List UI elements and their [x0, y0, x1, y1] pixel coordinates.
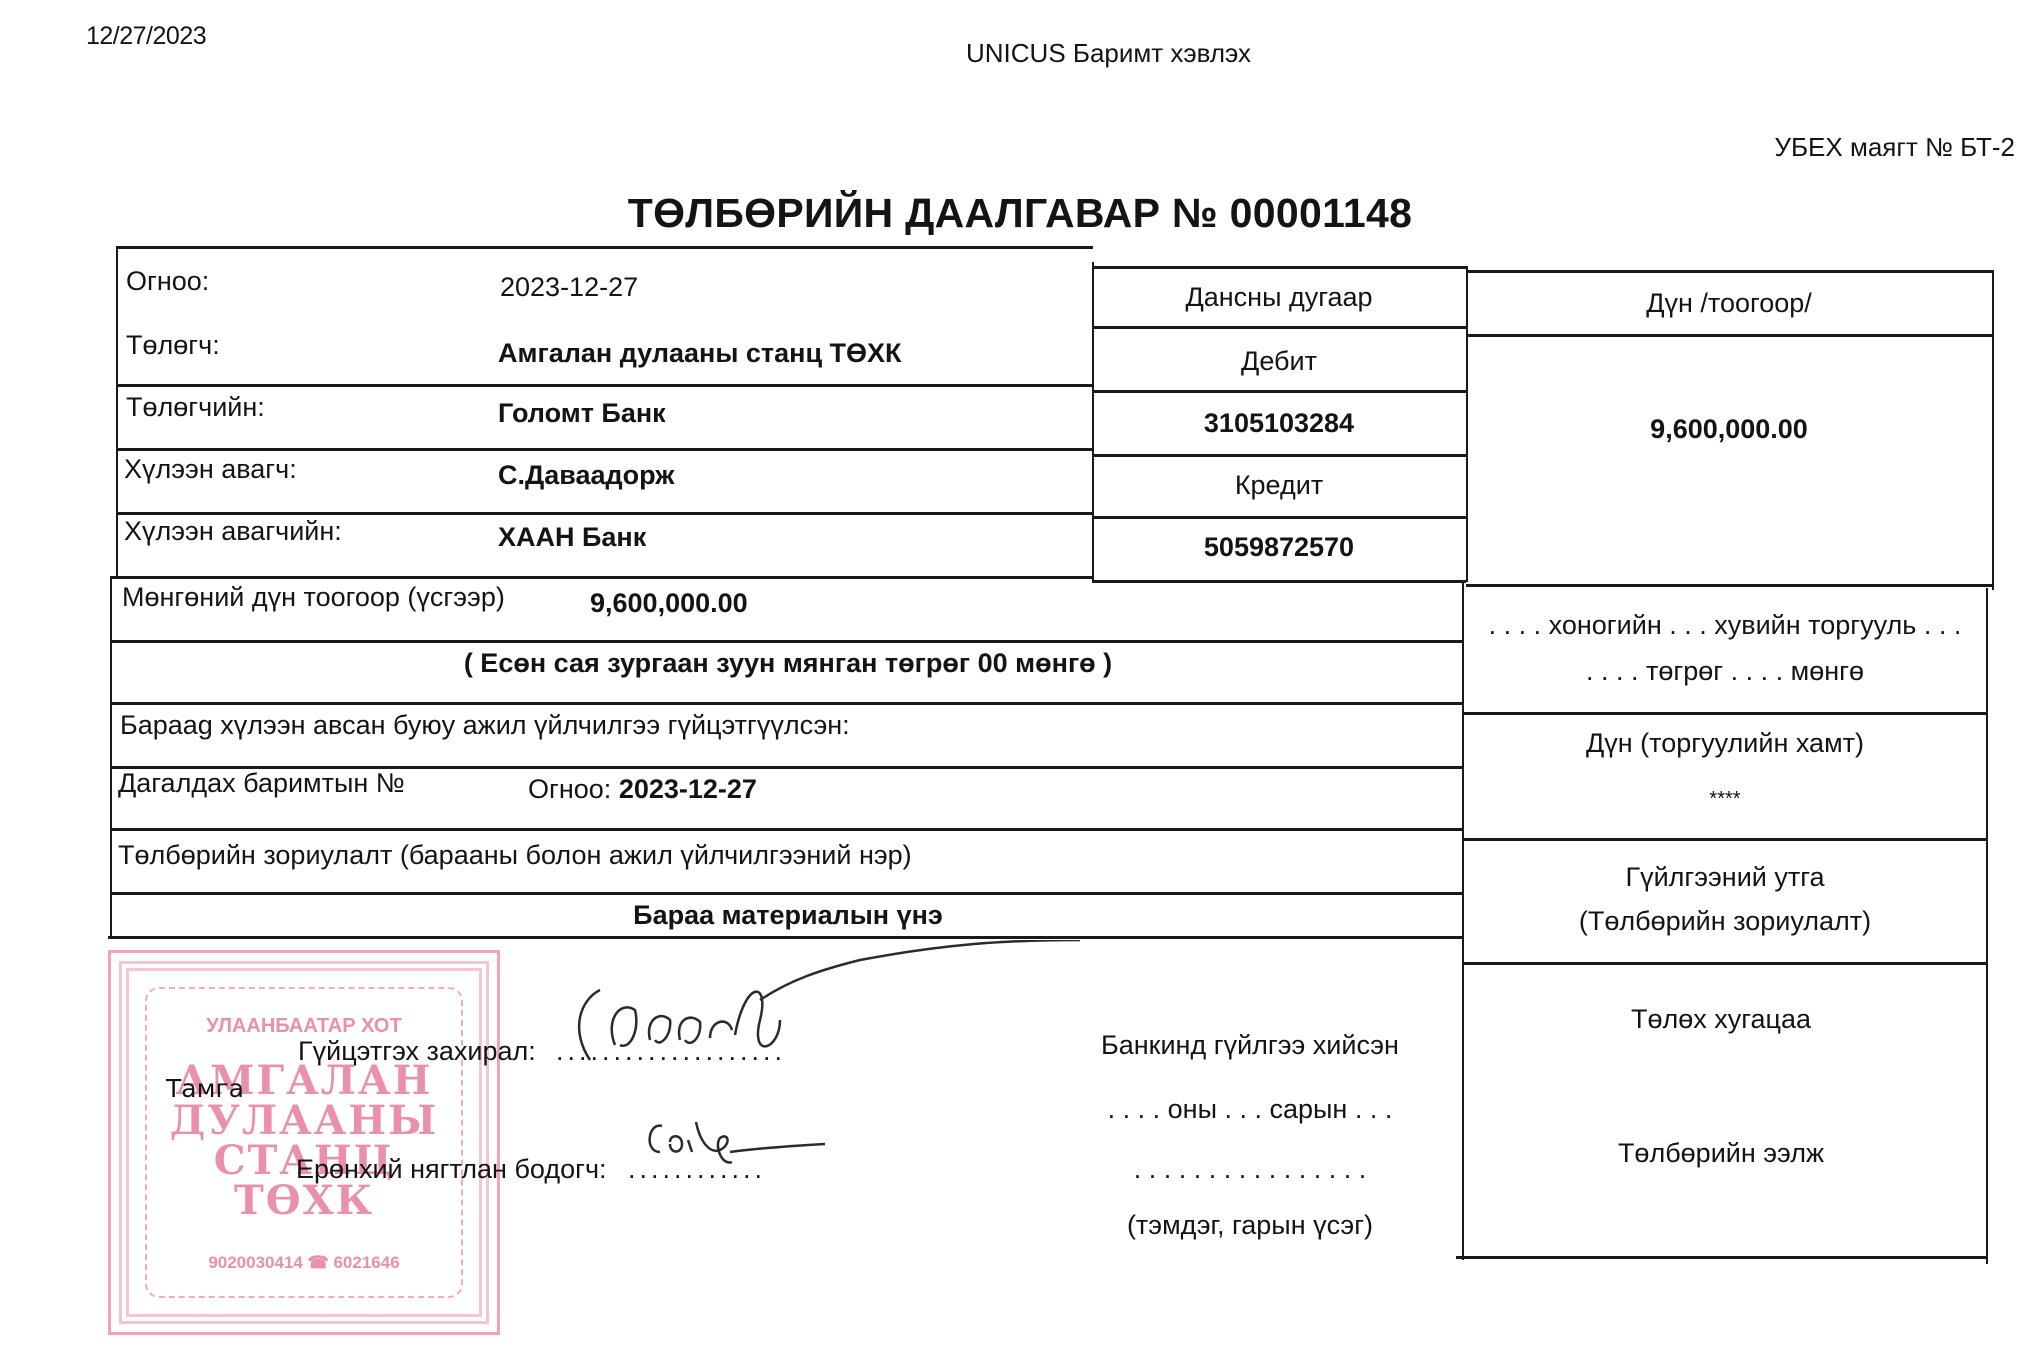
app-title: UNICUS Баримт хэвлэх: [966, 38, 1251, 69]
date-label: Огноо:: [126, 266, 209, 297]
debit-account: 3105103284: [1092, 408, 1466, 439]
supporting-doc-date: Огноо: 2023-12-27: [528, 774, 757, 805]
penalty-line-1: . . . . хоногийн . . . хувийн торгууль .…: [1462, 610, 1988, 641]
accountant-signature: [640, 1112, 840, 1172]
bank-processed-dots: . . . . . . . . . . . . . . . .: [1040, 1154, 1460, 1185]
payer-bank-label: Төлөгчийн:: [126, 392, 265, 423]
credit-account: 5059872570: [1092, 532, 1466, 563]
goods-received-label: Бараag хүлээн авсан буюу ажил үйлчилгээ …: [120, 710, 850, 741]
bank-processed-label: Банкинд гүйлгээ хийсэн: [1040, 1030, 1460, 1061]
credit-label: Кредит: [1092, 470, 1466, 501]
accountant-label: Ерөнхий нягтлан бодогч:: [296, 1154, 607, 1185]
supporting-doc-label: Дагалдах баримтын №: [118, 768, 405, 799]
document-title: ТӨЛБӨРИЙН ДААЛГАВАР № 00001148: [0, 190, 2040, 237]
purpose-value: Бараа материалын үнэ: [112, 900, 1464, 931]
receiver-bank-value: ХААН Банк: [498, 522, 646, 553]
company-stamp: УЛААНБААТАР ХОТ АМГАЛАН ДУЛААНЫ СТАНЦ ТӨ…: [108, 950, 500, 1335]
supporting-doc-date-value: 2023-12-27: [619, 774, 757, 804]
stamp-city: УЛААНБААТАР ХОТ: [111, 1015, 497, 1038]
amount-header: Дүн /тоогоор/: [1466, 288, 1992, 319]
form-code: УБЕХ маягт № БТ-2: [1774, 132, 2015, 163]
date-value: 2023-12-27: [500, 272, 638, 303]
director-label: Гүйцэтгэх захирал:: [298, 1036, 536, 1067]
payer-bank-value: Голомт Банк: [498, 398, 666, 429]
print-date: 12/27/2023: [86, 22, 206, 51]
debit-label: Дебит: [1092, 346, 1466, 377]
receiver-bank-label: Хүлээн авагчийн:: [124, 516, 342, 547]
account-number-header: Дансны дугаар: [1092, 282, 1466, 313]
transaction-meaning-line-1: Гүйлгээний утга: [1462, 862, 1988, 893]
penalty-total-label: Дүн (торгуулийн хамт): [1462, 728, 1988, 759]
amount-words-label: Мөнгөний дүн тоогоор (үсгээр): [122, 582, 505, 613]
bank-sign-label: (тэмдэг, гарын үсэг): [1040, 1210, 1460, 1241]
amount-words-text: ( Есөн сая зургаан зуун мянган төгрөг 00…: [112, 648, 1464, 679]
stamp-label: Тамга: [166, 1074, 244, 1103]
receiver-label: Хүлээн авагч:: [124, 454, 297, 485]
stamp-numbers: 9020030414 ☎ 6021646: [111, 1253, 497, 1273]
supporting-doc-date-label: Огноо:: [528, 774, 611, 804]
payer-label: Төлөгч:: [126, 330, 220, 361]
bank-processed-date: . . . . оны . . . сарын . . .: [1040, 1094, 1460, 1125]
payer-value: Амгалан дулааны станц ТӨХК: [498, 338, 902, 369]
amount-value: 9,600,000.00: [1466, 414, 1992, 445]
amount-words-number: 9,600,000.00: [590, 588, 748, 619]
payment-order-label: Төлбөрийн ээлж: [1456, 1138, 1986, 1169]
penalty-line-2: . . . . төгрөг . . . . мөнгө: [1462, 656, 1988, 687]
purpose-label: Төлбөрийн зориулалт (барааны болон ажил …: [118, 840, 912, 871]
transaction-meaning-line-2: (Төлбөрийн зориулалт): [1462, 906, 1988, 937]
receiver-value: С.Даваадорж: [498, 460, 674, 491]
due-date-label: Төлөх хугацаа: [1456, 1004, 1986, 1035]
director-signature: [560, 940, 1100, 1080]
penalty-total-value: ****: [1462, 788, 1988, 811]
